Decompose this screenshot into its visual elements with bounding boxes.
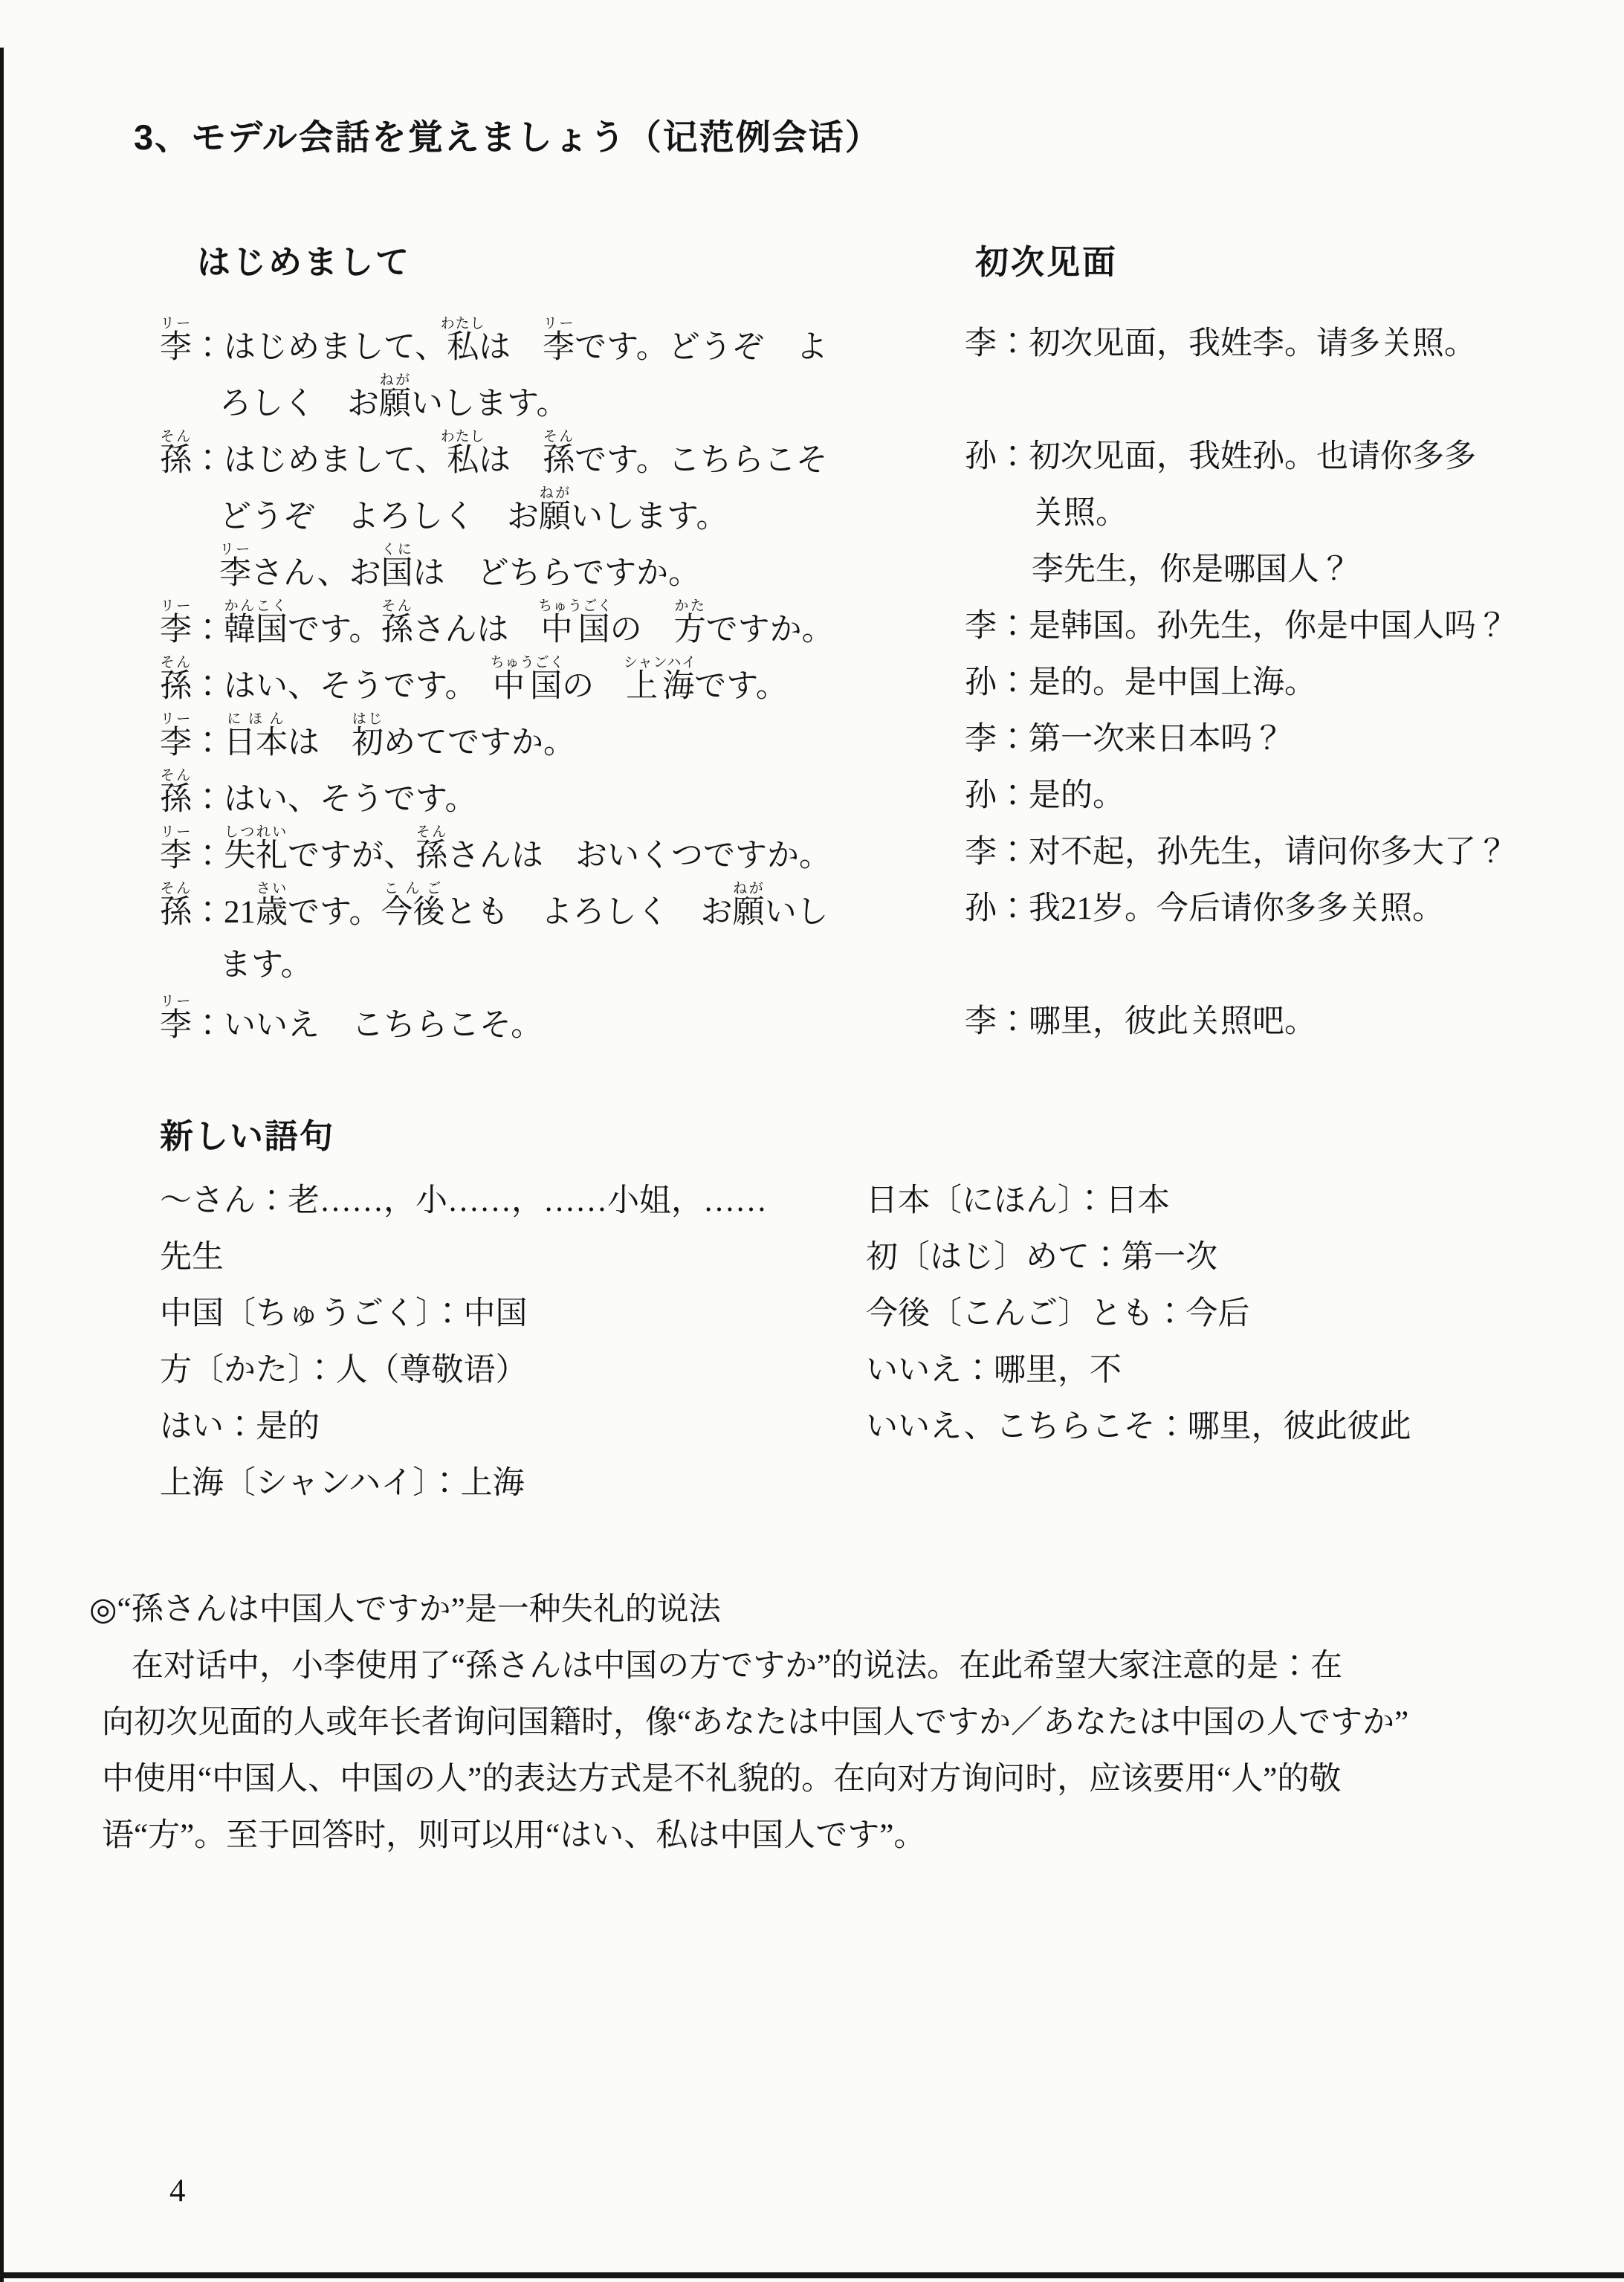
furigana-word: 方かた xyxy=(674,612,706,647)
dialogue-chinese-line: 李先生，你是哪国人？ xyxy=(965,542,1594,598)
furigana-reading: くに xyxy=(381,542,413,557)
vocab-row: はい：是的いいえ、こちらこそ：哪里，彼此彼此 xyxy=(160,1399,1594,1455)
furigana-word: 李リー xyxy=(160,1008,192,1043)
note-line: 在对话中，小李使用了“孫さんは中国の方ですか”的说法。在此希望大家注意的是：在 xyxy=(102,1638,1568,1695)
dialogue-heading-japanese: はじめまして xyxy=(197,235,411,283)
furigana-word: 孫そん xyxy=(381,612,413,647)
dialogue-japanese-line: 李リーさん、お国くには どちらですか。 xyxy=(160,542,965,598)
furigana-word: 孫そん xyxy=(160,443,192,478)
furigana-word: 韓国かんこく xyxy=(224,612,288,647)
vocab-item-left: はい：是的 xyxy=(160,1399,866,1455)
furigana-word: 李リー xyxy=(543,330,575,365)
furigana-word: 孫そん xyxy=(160,782,192,817)
furigana-reading: そん xyxy=(160,768,192,783)
furigana-reading: わたし xyxy=(441,316,485,332)
furigana-reading: しつれい xyxy=(224,824,288,840)
dialogue-chinese-line: 李：哪里，彼此关照吧。 xyxy=(965,994,1594,1050)
furigana-reading: シャンハイ xyxy=(624,655,696,670)
furigana-word: 李リー xyxy=(160,612,192,647)
vocab-item-left: 上海〔シャンハイ〕：上海 xyxy=(160,1455,866,1512)
furigana-word: 李リー xyxy=(219,556,251,591)
dialogue-row: 李リー：はじめまして、私わたしは 李リーです。どうぞ よ李：初次见面，我姓李。请… xyxy=(160,316,1594,372)
vocab-item-left: ～さん：老……，小……，……小姐，…… xyxy=(160,1173,866,1229)
dialogue-row: 李リーさん、お国くには どちらですか。李先生，你是哪国人？ xyxy=(160,542,1594,598)
furigana-word: 孫そん xyxy=(160,669,192,704)
dialogue-chinese-line: 孙：初次见面，我姓孙。也请你多多 xyxy=(965,429,1594,485)
dialogue-chinese-line xyxy=(965,372,1594,429)
furigana-word: 願ねが xyxy=(379,387,411,421)
furigana-word: 今後こんご xyxy=(381,895,445,930)
vocab-row: 先生初〔はじ〕めて：第一次 xyxy=(160,1229,1594,1286)
furigana-reading: そん xyxy=(160,881,192,896)
furigana-word: 孫そん xyxy=(160,895,192,930)
dialogue-chinese-line: 李：是韩国。孙先生，你是中国人吗？ xyxy=(965,598,1594,655)
dialogue-chinese-line: 关照。 xyxy=(965,485,1594,542)
furigana-reading: リー xyxy=(160,711,192,727)
furigana-word: 李リー xyxy=(160,725,192,760)
dialogue-japanese-line: ます。 xyxy=(160,937,965,994)
furigana-reading: そん xyxy=(160,655,192,670)
furigana-reading: そん xyxy=(381,598,413,614)
vocab-row: 上海〔シャンハイ〕：上海 xyxy=(160,1455,1594,1512)
furigana-reading: こんご xyxy=(381,881,445,896)
dialogue-row: 孫そん：はい、そうです。孙：是的。 xyxy=(160,768,1594,824)
furigana-reading: ねが xyxy=(539,485,571,501)
furigana-word: 李リー xyxy=(160,330,192,365)
vocab-row: ～さん：老……，小……，……小姐，……日本〔にほん〕：日本 xyxy=(160,1173,1594,1229)
dialogue-chinese-line: 孙：我21岁。今后请你多多关照。 xyxy=(965,881,1594,937)
furigana-reading: はじ xyxy=(352,711,384,727)
furigana-word: 歳さい xyxy=(256,895,288,930)
vocab-item-right: 初〔はじ〕めて：第一次 xyxy=(866,1229,1594,1286)
dialogue-japanese-line: 孫そん：はじめまして、私わたしは 孫そんです。こちらこそ xyxy=(160,429,965,485)
dialogue-japanese-line: 孫そん：21歳さいです。今後こんごとも よろしく お願ねがいし xyxy=(160,881,965,937)
furigana-word: 失礼しつれい xyxy=(224,838,288,873)
dialogue-chinese-line: 李：第一次来日本吗？ xyxy=(965,711,1594,768)
furigana-word: 孫そん xyxy=(543,443,575,478)
vocab-table: ～さん：老……，小……，……小姐，……日本〔にほん〕：日本先生初〔はじ〕めて：第… xyxy=(160,1173,1594,1512)
furigana-word: 孫そん xyxy=(415,838,447,873)
dialogue-heading-chinese: 初次见面 xyxy=(975,235,1118,283)
dialogue-japanese-line: 李リー：はじめまして、私わたしは 李リーです。どうぞ よ xyxy=(160,316,965,372)
note-line: 中使用“中国人、中国の人”的表达方式是不礼貌的。在向对方询问时，应该要用“人”的… xyxy=(102,1751,1568,1808)
furigana-word: 上海シャンハイ xyxy=(626,669,694,704)
furigana-reading: リー xyxy=(160,316,192,332)
scan-edge-bottom xyxy=(0,2272,1624,2278)
dialogue-row: どうぞ よろしく お願ねがいします。关照。 xyxy=(160,485,1594,542)
dialogue-japanese-line: どうぞ よろしく お願ねがいします。 xyxy=(160,485,965,542)
furigana-word: 中国ちゅうごく xyxy=(493,669,562,704)
dialogue-row: 孫そん：はじめまして、私わたしは 孫そんです。こちらこそ孙：初次见面，我姓孙。也… xyxy=(160,429,1594,485)
furigana-word: 私わたし xyxy=(447,330,479,365)
vocab-item-right xyxy=(866,1455,1594,1512)
dialogue-japanese-line: 孫そん：はい、そうです。 中国ちゅうごくの 上海シャンハイです。 xyxy=(160,655,965,711)
dialogue-chinese-line: 李：初次见面，我姓李。请多关照。 xyxy=(965,316,1594,372)
furigana-word: 願ねが xyxy=(733,895,765,930)
vocab-item-left: 先生 xyxy=(160,1229,866,1286)
furigana-word: 国くに xyxy=(381,556,413,591)
vocab-item-right: いいえ：哪里，不 xyxy=(866,1342,1594,1399)
dialogue-chinese-line: 李：对不起，孙先生，请问你多大了？ xyxy=(965,824,1594,881)
dialogue-row: ろしく お願ねがいします。 xyxy=(160,372,1594,429)
dialogue-japanese-line: 孫そん：はい、そうです。 xyxy=(160,768,965,824)
vocab-item-right: 今後〔こんご〕とも：今后 xyxy=(866,1286,1594,1342)
dialogue-row: 孫そん：21歳さいです。今後こんごとも よろしく お願ねがいし孙：我21岁。今后… xyxy=(160,881,1594,937)
dialogue-japanese-line: 李リー：日本にほんは 初はじめてですか。 xyxy=(160,711,965,768)
furigana-reading: リー xyxy=(543,316,575,332)
note-line: 语“方”。至于回答时，则可以用“はい、私は中国人です”。 xyxy=(102,1808,1568,1864)
vocab-row: 中国〔ちゅうごく〕：中国今後〔こんご〕とも：今后 xyxy=(160,1286,1594,1342)
dialogue-table: 李リー：はじめまして、私わたしは 李リーです。どうぞ よ李：初次见面，我姓李。请… xyxy=(160,316,1594,1050)
dialogue-japanese-line: ろしく お願ねがいします。 xyxy=(160,372,965,429)
vocab-heading: 新しい語句 xyxy=(160,1109,334,1157)
furigana-reading: さい xyxy=(256,881,288,896)
furigana-reading: そん xyxy=(160,429,192,445)
furigana-reading: わたし xyxy=(441,429,485,445)
dialogue-row: 李リー：失礼しつれいですが、孫そんさんは おいくつですか。李：对不起，孙先生，请… xyxy=(160,824,1594,881)
section-title: 3、モデル会話を覚えましょう（记范例会话） xyxy=(134,110,881,160)
furigana-reading: リー xyxy=(160,824,192,840)
dialogue-japanese-line: 李リー：失礼しつれいですが、孫そんさんは おいくつですか。 xyxy=(160,824,965,881)
furigana-reading: そん xyxy=(415,824,447,840)
dialogue-japanese-line: 李リー：韓国かんこくです。孫そんさんは 中国ちゅうごくの 方かたですか。 xyxy=(160,598,965,655)
dialogue-chinese-line xyxy=(965,937,1594,994)
scan-edge-left xyxy=(0,48,4,2282)
document-page: { "page": { "title": "3、モデル会話を覚えましょう（记范例… xyxy=(0,0,1624,2282)
usage-note: ◎“孫さんは中国人ですか”是一种失礼的说法 在对话中，小李使用了“孫さんは中国の… xyxy=(89,1582,1568,1864)
furigana-word: 初はじ xyxy=(352,725,384,760)
furigana-reading: リー xyxy=(219,542,251,557)
dialogue-row: 李リー：韓国かんこくです。孫そんさんは 中国ちゅうごくの 方かたですか。李：是韩… xyxy=(160,598,1594,655)
dialogue-japanese-line: 李リー：いいえ こちらこそ。 xyxy=(160,994,965,1050)
dialogue-chinese-line: 孙：是的。是中国上海。 xyxy=(965,655,1594,711)
vocab-item-left: 方〔かた〕：人（尊敬语） xyxy=(160,1342,866,1399)
vocab-row: 方〔かた〕：人（尊敬语）いいえ：哪里，不 xyxy=(160,1342,1594,1399)
furigana-word: 私わたし xyxy=(447,443,479,478)
furigana-reading: リー xyxy=(160,598,192,614)
furigana-word: 中国ちゅうごく xyxy=(541,612,610,647)
furigana-reading: そん xyxy=(543,429,575,445)
vocab-item-left: 中国〔ちゅうごく〕：中国 xyxy=(160,1286,866,1342)
furigana-word: 日本にほん xyxy=(224,725,288,760)
furigana-reading: にほん xyxy=(224,711,288,727)
note-line: 向初次见面的人或年长者询问国籍时，像“あなたは中国人ですか／あなたは中国の人です… xyxy=(102,1695,1568,1751)
furigana-reading: ちゅうごく xyxy=(491,655,565,670)
dialogue-row: 李リー：いいえ こちらこそ。李：哪里，彼此关照吧。 xyxy=(160,994,1594,1050)
furigana-word: 願ねが xyxy=(539,500,571,534)
furigana-reading: ねが xyxy=(733,881,765,896)
furigana-reading: ちゅうごく xyxy=(538,598,612,614)
dialogue-row: 李リー：日本にほんは 初はじめてですか。李：第一次来日本吗？ xyxy=(160,711,1594,768)
dialogue-chinese-line: 孙：是的。 xyxy=(965,768,1594,824)
furigana-reading: かんこく xyxy=(224,598,288,614)
note-heading: ◎“孫さんは中国人ですか”是一种失礼的说法 xyxy=(89,1582,1568,1638)
furigana-reading: リー xyxy=(160,994,192,1009)
vocab-item-right: いいえ、こちらこそ：哪里，彼此彼此 xyxy=(866,1399,1594,1455)
dialogue-row: 孫そん：はい、そうです。 中国ちゅうごくの 上海シャンハイです。孙：是的。是中国… xyxy=(160,655,1594,711)
vocab-item-right: 日本〔にほん〕：日本 xyxy=(866,1173,1594,1229)
furigana-reading: かた xyxy=(674,598,706,614)
dialogue-row: ます。 xyxy=(160,937,1594,994)
page-number: 4 xyxy=(169,2169,186,2214)
furigana-reading: ねが xyxy=(379,372,411,388)
furigana-word: 李リー xyxy=(160,838,192,873)
